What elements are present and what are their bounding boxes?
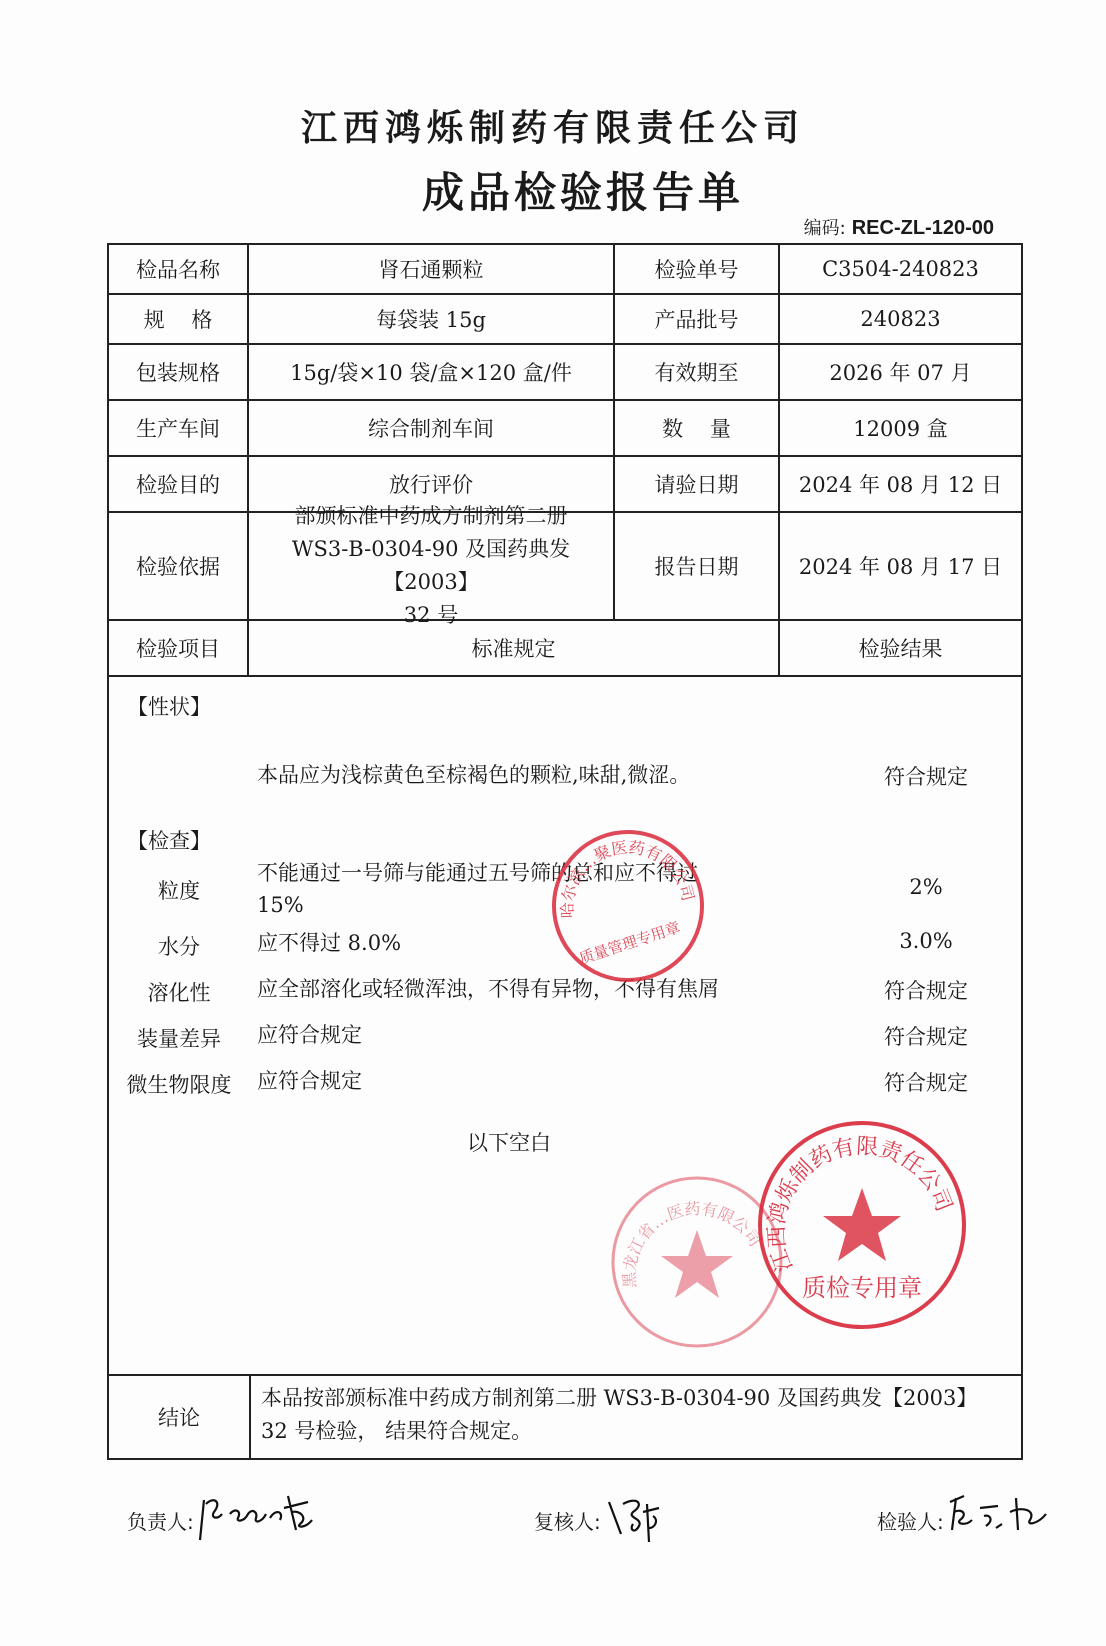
- table-header-row: 检验项目 标准规定 检验结果: [109, 621, 1021, 677]
- workshop-label: 生产车间: [109, 401, 249, 455]
- package-label: 包装规格: [109, 345, 249, 399]
- test-name-microbial-limit: 微生物限度: [109, 1069, 249, 1099]
- reviewer-label: 复核人:: [534, 1506, 601, 1535]
- request-date-value: 2024 年 08 月 12 日: [780, 457, 1021, 511]
- expiry-label: 有效期至: [615, 345, 780, 399]
- report-no-label: 检验单号: [615, 245, 780, 293]
- responsible-signature: 负责人:: [127, 1490, 356, 1550]
- column-header-item: 检验项目: [109, 621, 249, 675]
- inspector-signature: 检验人:: [877, 1490, 1056, 1550]
- request-date-label: 请验日期: [615, 457, 780, 511]
- document-code-label: 编码:: [804, 218, 846, 239]
- report-date-label: 报告日期: [615, 513, 780, 619]
- conclusion-label: 结论: [109, 1376, 251, 1458]
- handwritten-signature-icon: [196, 1490, 356, 1550]
- table-row: 检品名称 肾石通颗粒 检验单号 C3504-240823: [109, 245, 1021, 295]
- inspector-label: 检验人:: [877, 1506, 944, 1535]
- document-code-value: REC-ZL-120-00: [852, 217, 994, 239]
- column-header-result: 检验结果: [780, 621, 1021, 675]
- conclusion-line-2: 32 号检验， 结果符合规定。: [261, 1415, 1011, 1448]
- spec-value: 每袋装 15g: [249, 295, 615, 343]
- batch-value: 240823: [780, 295, 1021, 343]
- table-row: 包装规格 15g/袋×10 袋/盒×120 盒/件 有效期至 2026 年 07…: [109, 345, 1021, 401]
- document-title: 成品检验报告单: [0, 160, 1106, 220]
- svg-text:质检专用章: 质检专用章: [802, 1274, 922, 1302]
- appearance-standard: 本品应为浅棕黄色至棕褐色的颗粒,味甜,微涩。: [257, 759, 690, 791]
- table-row: 规 格 每袋装 15g 产品批号 240823: [109, 295, 1021, 345]
- test-result-solubility: 符合规定: [851, 975, 1001, 1005]
- company-qc-stamp: 江西鸿烁制药有限责任公司 质检专用章: [755, 1118, 969, 1332]
- basis-label: 检验依据: [109, 513, 249, 619]
- company-name: 江西鸿烁制药有限责任公司: [0, 100, 1106, 151]
- test-standard-microbial-limit: 应符合规定: [257, 1065, 362, 1097]
- signature-row: 负责人: 复核人: 检验人:: [0, 1480, 1106, 1540]
- appearance-result: 符合规定: [851, 761, 1001, 791]
- conclusion-text: 本品按部颁标准中药成方制剂第二册 WS3-B-0304-90 及国药典发【200…: [251, 1376, 1021, 1458]
- section-inspection: 【检查】: [127, 825, 211, 855]
- report-date-value: 2024 年 08 月 17 日: [780, 513, 1021, 619]
- test-name-fill-variation: 装量差异: [109, 1023, 249, 1053]
- conclusion-line-1: 本品按部颁标准中药成方制剂第二册 WS3-B-0304-90 及国药典发【200…: [261, 1382, 1011, 1415]
- reviewer-signature: 复核人:: [534, 1490, 693, 1550]
- table-row: 检验依据 部颁标准中药成方制剂第二册 WS3-B-0304-90 及国药典发【2…: [109, 513, 1021, 621]
- test-name-solubility: 溶化性: [109, 977, 249, 1007]
- handwritten-signature-icon: [946, 1490, 1056, 1550]
- test-result-fill-variation: 符合规定: [851, 1021, 1001, 1051]
- test-name-granularity: 粒度: [109, 875, 249, 905]
- document-code: 编码: REC-ZL-120-00: [804, 214, 994, 240]
- basis-line-1: 部颁标准中药成方制剂第二册: [295, 500, 568, 533]
- svg-text:质量管理专用章: 质量管理专用章: [577, 918, 682, 968]
- spec-label: 规 格: [109, 295, 249, 343]
- quality-management-stamp-1: 哈尔滨…聚医药有限公司 质量管理专用章: [548, 826, 708, 986]
- section-appearance: 【性状】: [127, 691, 211, 721]
- test-result-granularity: 2%: [851, 875, 1001, 899]
- test-name-moisture: 水分: [109, 931, 249, 961]
- test-standard-fill-variation: 应符合规定: [257, 1019, 362, 1051]
- quantity-value: 12009 盒: [780, 401, 1021, 455]
- workshop-value: 综合制剂车间: [249, 401, 615, 455]
- test-standard-moisture: 应不得过 8.0%: [257, 927, 401, 959]
- report-no-value: C3504-240823: [780, 245, 1021, 293]
- quantity-label: 数 量: [615, 401, 780, 455]
- basis-line-2: WS3-B-0304-90 及国药典发【2003】: [253, 533, 609, 599]
- handwritten-signature-icon: [603, 1490, 693, 1550]
- basis-value: 部颁标准中药成方制剂第二册 WS3-B-0304-90 及国药典发【2003】 …: [249, 513, 615, 619]
- product-name-value: 肾石通颗粒: [249, 245, 615, 293]
- table-row: 生产车间 综合制剂车间 数 量 12009 盒: [109, 401, 1021, 457]
- product-name-label: 检品名称: [109, 245, 249, 293]
- test-result-moisture: 3.0%: [851, 929, 1001, 953]
- conclusion-row: 结论 本品按部颁标准中药成方制剂第二册 WS3-B-0304-90 及国药典发【…: [109, 1376, 1021, 1458]
- responsible-label: 负责人:: [127, 1506, 194, 1535]
- column-header-standard: 标准规定: [249, 621, 780, 675]
- expiry-value: 2026 年 07 月: [780, 345, 1021, 399]
- purpose-label: 检验目的: [109, 457, 249, 511]
- batch-label: 产品批号: [615, 295, 780, 343]
- package-value: 15g/袋×10 袋/盒×120 盒/件: [249, 345, 615, 399]
- test-result-microbial-limit: 符合规定: [851, 1067, 1001, 1097]
